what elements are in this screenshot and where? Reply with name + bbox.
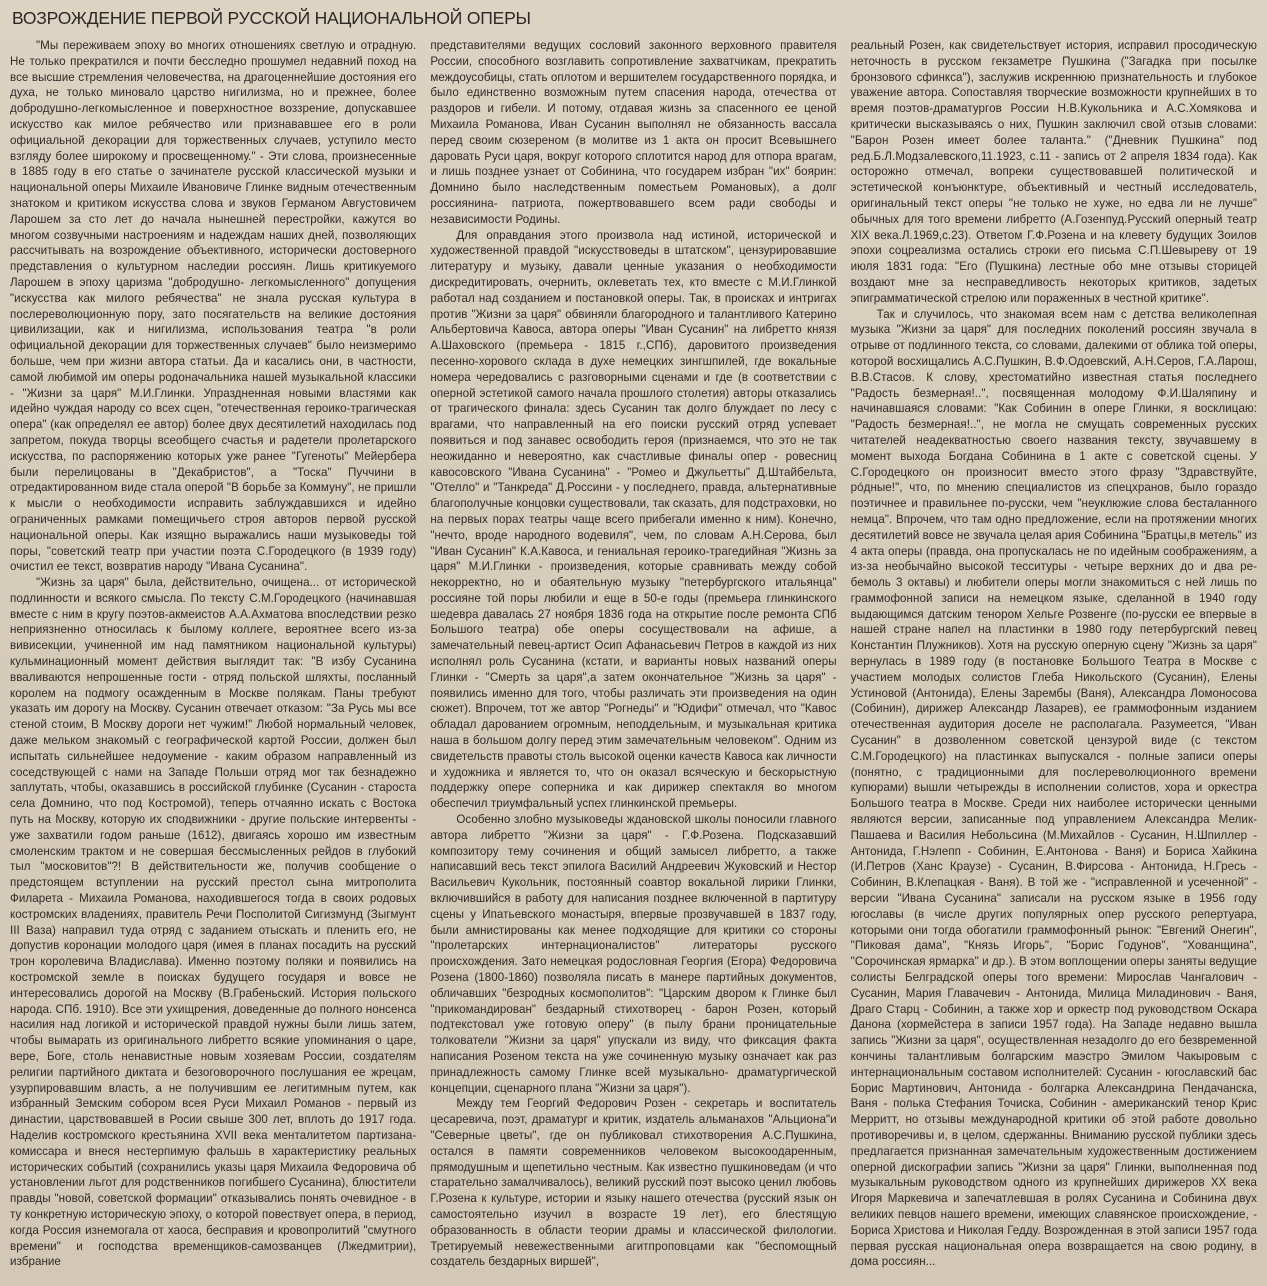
column-3: реальный Розен, как свидетельствует исто…	[851, 38, 1257, 1270]
column-1: "Мы переживаем эпоху во многих отношения…	[10, 38, 416, 1270]
document-page: ВОЗРОЖДЕНИЕ ПЕРВОЙ РУССКОЙ НАЦИОНАЛЬНОЙ …	[0, 0, 1267, 1286]
paragraph: Особенно злобно музыковеды ждановской шк…	[430, 812, 836, 1096]
paragraph: Между тем Георгий Федорович Розен - секр…	[430, 1096, 836, 1270]
paragraph: реальный Розен, как свидетельствует исто…	[851, 38, 1257, 307]
paragraph: "Жизнь за царя" была, действительно, очи…	[10, 575, 416, 1270]
paragraph: "Мы переживаем эпоху во многих отношения…	[10, 38, 416, 575]
paragraph: представителями ведущих сословий законно…	[430, 38, 836, 228]
page-title: ВОЗРОЖДЕНИЕ ПЕРВОЙ РУССКОЙ НАЦИОНАЛЬНОЙ …	[12, 8, 1257, 28]
text-columns: "Мы переживаем эпоху во многих отношения…	[10, 38, 1257, 1270]
paragraph: Для оправдания этого произвола над истин…	[430, 228, 836, 812]
column-2: представителями ведущих сословий законно…	[430, 38, 836, 1270]
paragraph: Так и случилось, что знакомая всем нам с…	[851, 307, 1257, 1271]
